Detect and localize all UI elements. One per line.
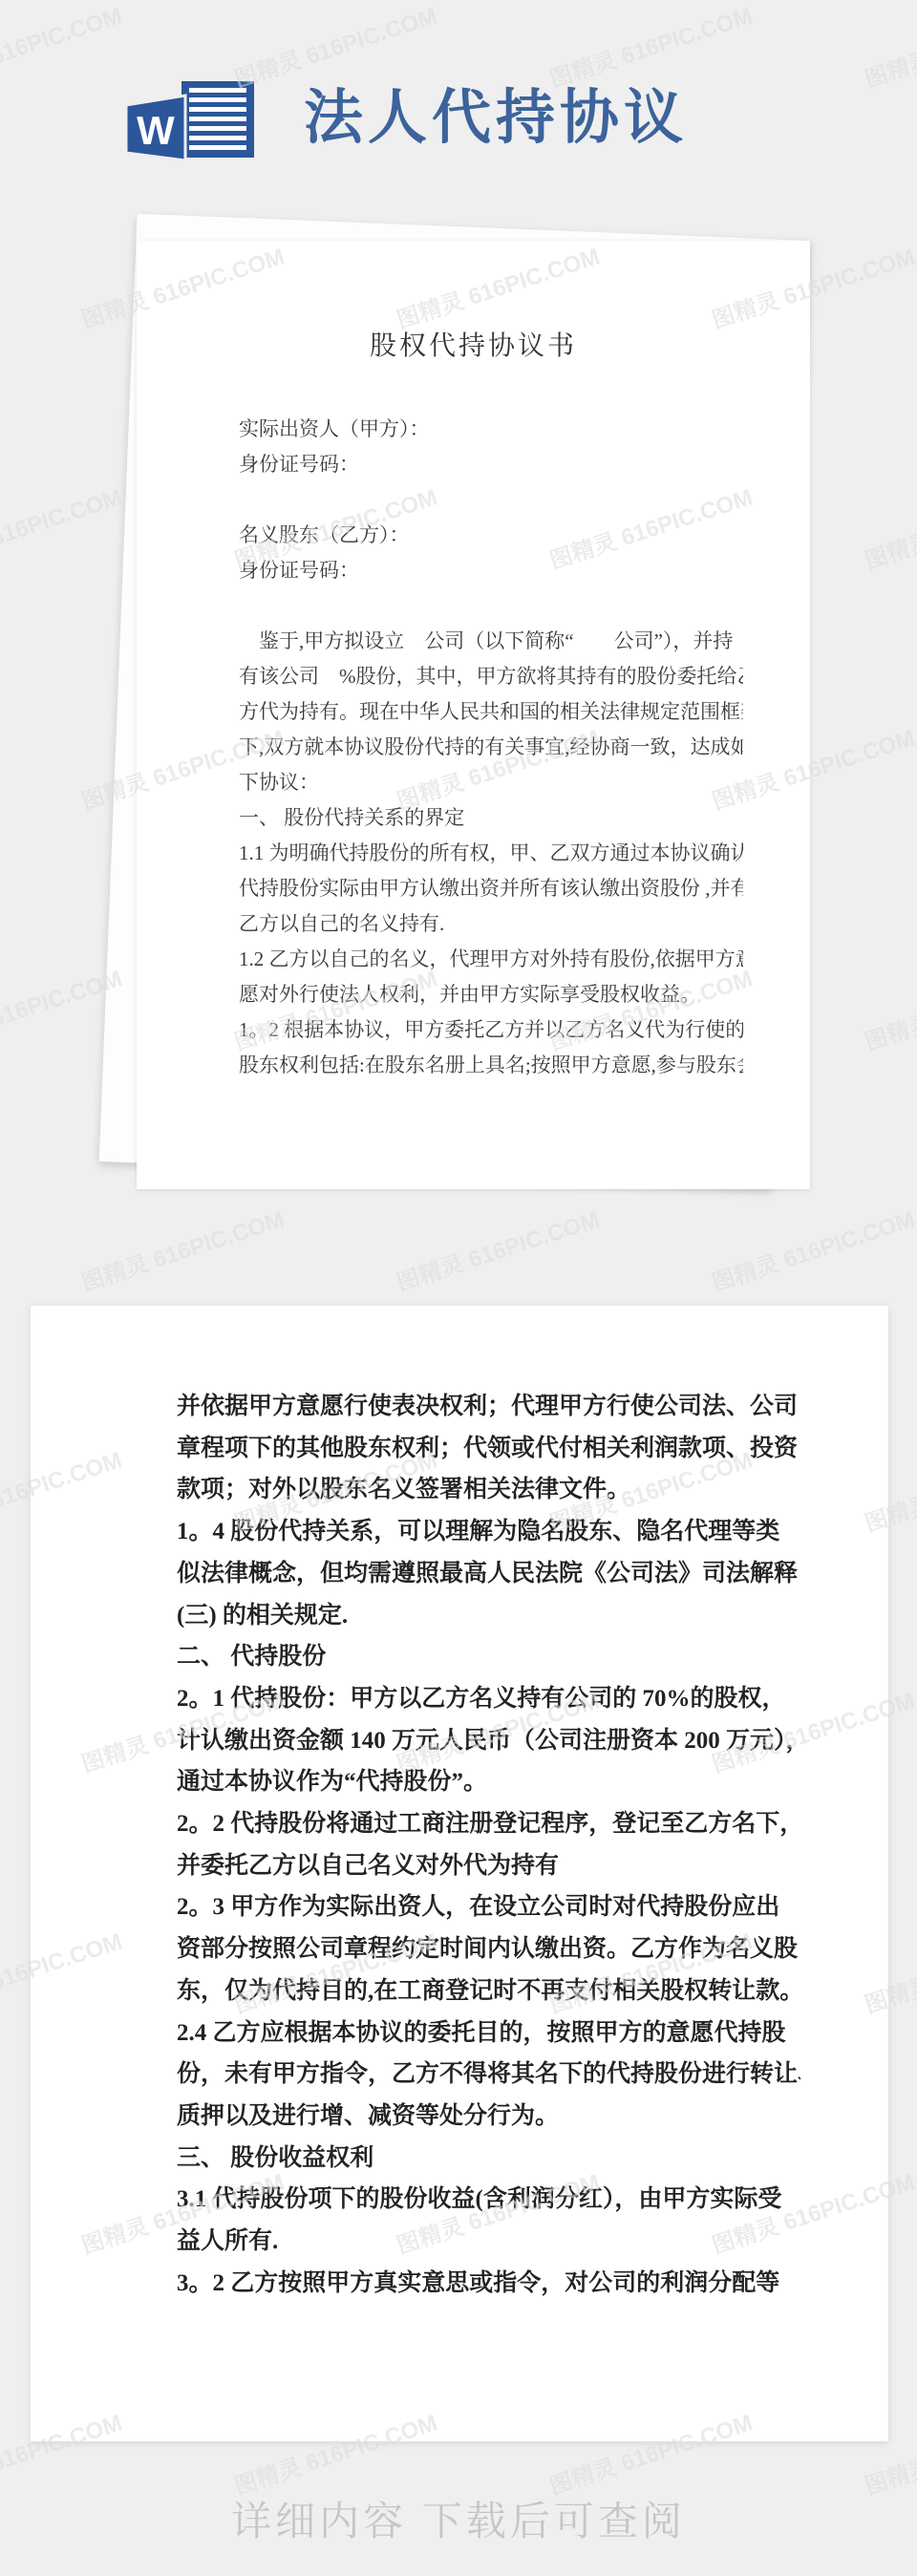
doc-text-line: 并依据甲方意愿行使表决权利；代理甲方行使公司法、公司 [177, 1386, 800, 1428]
doc-text-line: 3.1 代持股份项下的股份收益(含利润分红），由甲方实际受 [177, 2179, 800, 2221]
document-title: 股权代持协议书 [137, 325, 810, 357]
page-title: 法人代持协议 [304, 73, 781, 164]
doc-text-line [239, 588, 743, 624]
doc-text-line: 质押以及进行增、减资等处分行为。 [177, 2096, 800, 2138]
doc-text-line: (三) 的相关规定. [177, 1595, 800, 1637]
document-page-1-text: 实际出资人（甲方）：身份证号码： 名义股东（乙方）：身份证号码： 鉴于,甲方拟设… [137, 412, 810, 1083]
header: W 法人代持协议 [0, 0, 917, 210]
doc-text-line: 方代为持有。现在中华人民共和国的相关法律规定范围框架 [239, 694, 743, 730]
doc-text-line: 款项；对外以股东名义签署相关法律文件。 [177, 1469, 800, 1511]
doc-text-line: 份，未有甲方指令，乙方不得将其名下的代持股份进行转让、 [177, 2054, 800, 2096]
doc-text-line: 并委托乙方以自己名义对外代为持有 [177, 1845, 800, 1887]
doc-text-line: 代持股份实际由甲方认缴出资并所有该认缴出资股份 ,并有 [239, 871, 743, 906]
doc-text-line: 鉴于,甲方拟设立 公司（以下简称“ 公司”），并持 [239, 624, 743, 659]
doc-text-line: 通过本协议作为“代持股份”。 [177, 1761, 800, 1803]
doc-text-line: 计认缴出资金额 140 万元人民币（公司注册资本 200 万元）， [177, 1720, 800, 1762]
doc-text-line [239, 482, 743, 518]
doc-text-line: 1。4 股份代持关系，可以理解为隐名股东、隐名代理等类 [177, 1511, 800, 1553]
word-icon-letter: W [137, 108, 175, 153]
doc-text-line: 乙方以自己的名义持有. [239, 906, 743, 942]
watermark-text: 图精灵 616PIC.COM [0, 479, 125, 576]
doc-text-line: 2。3 甲方作为实际出资人，在设立公司时对代持股份应出 [177, 1886, 800, 1928]
doc-text-line: 名义股东（乙方）： [239, 518, 743, 553]
doc-text-line: 1.1 为明确代持股份的所有权，甲、乙双方通过本协议确认, [239, 836, 743, 871]
watermark-text: 图精灵 616PIC.COM [76, 1201, 288, 1298]
footer-note: 详细内容 下载后可查阅 [0, 2495, 917, 2548]
doc-text-line: 有该公司 %股份，其中，甲方欲将其持有的股份委托给乙 [239, 659, 743, 694]
doc-text-line: 一、 股份代持关系的界定 [239, 800, 743, 836]
doc-text-line: 三、 股份收益权利 [177, 2138, 800, 2180]
document-page-2-text: 并依据甲方意愿行使表决权利；代理甲方行使公司法、公司章程项下的其他股东权利；代领… [31, 1306, 888, 2304]
doc-text-line: 似法律概念，但均需遵照最高人民法院《公司法》司法解释 [177, 1553, 800, 1595]
doc-text-line: 实际出资人（甲方）： [239, 412, 743, 447]
document-page-1: 股权代持协议书 实际出资人（甲方）：身份证号码： 名义股东（乙方）：身份证号码：… [137, 241, 810, 1189]
doc-text-line: 章程项下的其他股东权利；代领或代付相关利润款项、投资 [177, 1428, 800, 1470]
doc-text-line: 愿对外行使法人权利，并由甲方实际享受股权收益。 [239, 977, 743, 1012]
doc-text-line: 资部分按照公司章程约定时间内认缴出资。乙方作为名义股 [177, 1928, 800, 1970]
doc-text-line: 2。2 代持股份将通过工商注册登记程序，登记至乙方名下， [177, 1803, 800, 1845]
doc-text-line: 下协议： [239, 765, 743, 800]
watermark-text: 图精灵 616PIC.COM [860, 960, 917, 1057]
watermark-text: 图精灵 616PIC.COM [860, 479, 917, 576]
doc-text-line: 1。2 根据本协议，甲方委托乙方并以乙方名义代为行使的 [239, 1012, 743, 1048]
doc-text-line: 2。1 代持股份：甲方以乙方名义持有公司的 70%的股权， [177, 1678, 800, 1720]
doc-text-line: 2.4 乙方应根据本协议的委托目的，按照甲方的意愿代持股 [177, 2012, 800, 2054]
doc-text-line: 二、 代持股份 [177, 1636, 800, 1678]
doc-text-line: 3。2 乙方按照甲方真实意思或指令，对公司的利润分配等 [177, 2263, 800, 2305]
doc-text-line: 1.2 乙方以自己的名义，代理甲方对外持有股份,依据甲方意 [239, 942, 743, 977]
doc-text-line: 身份证号码： [239, 447, 743, 482]
word-icon: W [124, 76, 258, 164]
watermark-text: 图精灵 616PIC.COM [392, 1201, 603, 1298]
doc-text-line: 身份证号码： [239, 553, 743, 588]
doc-text-line: 东，仅为代持目的,在工商登记时不再支付相关股权转让款。 [177, 1970, 800, 2012]
document-page-2: 并依据甲方意愿行使表决权利；代理甲方行使公司法、公司章程项下的其他股东权利；代领… [31, 1306, 888, 2441]
doc-text-line: 股东权利包括:在股东名册上具名;按照甲方意愿,参与股东会 [239, 1048, 743, 1083]
doc-text-line: 益人所有. [177, 2221, 800, 2263]
watermark-text: 图精灵 616PIC.COM [707, 1201, 917, 1298]
doc-text-line: 下,双方就本协议股份代持的有关事宜,经协商一致，达成如 [239, 730, 743, 765]
